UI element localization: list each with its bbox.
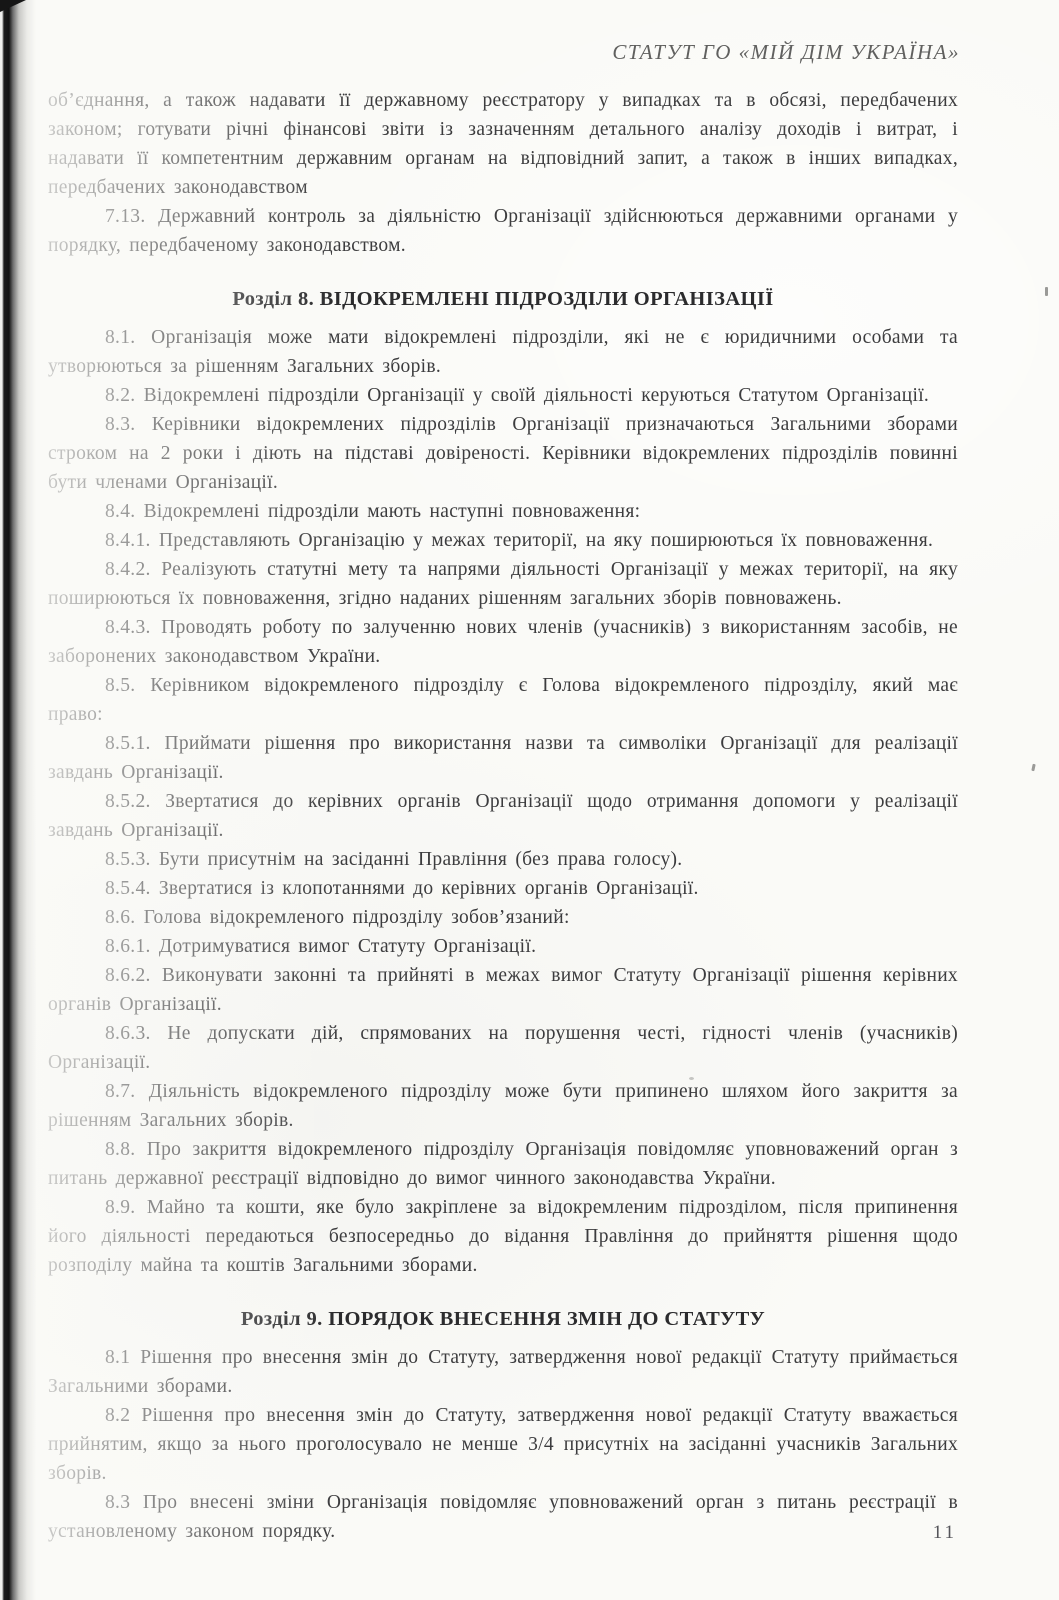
paragraph: 8.3 Про внесені зміни Організація повідо… xyxy=(48,1488,958,1546)
scan-edge-artifact xyxy=(0,0,36,1600)
paragraph: об’єднання, а також надавати її державно… xyxy=(48,86,958,202)
page-number: 11 xyxy=(933,1522,957,1544)
paragraph: 8.8. Про закриття відокремленого підрозд… xyxy=(48,1135,958,1193)
paragraph: 8.2 Рішення про внесення змін до Статуту… xyxy=(48,1401,958,1488)
paragraph: 8.5. Керівником відокремленого підрозділ… xyxy=(48,671,958,729)
document-body: об’єднання, а також надавати її державно… xyxy=(48,86,958,1546)
scan-speck xyxy=(689,1077,694,1080)
scan-corner-artifact xyxy=(0,0,26,12)
scan-speck xyxy=(1031,764,1035,771)
paragraph: 8.5.4. Звертатися із клопотаннями до кер… xyxy=(48,874,958,903)
paragraph: 8.9. Майно та кошти, яке було закріплене… xyxy=(48,1193,958,1280)
paragraph: 8.6. Голова відокремленого підрозділу зо… xyxy=(48,903,958,932)
paragraph: 8.1 Рішення про внесення змін до Статуту… xyxy=(48,1343,958,1401)
paragraph: 8.1. Організація може мати відокремлені … xyxy=(48,323,958,381)
section-heading: Розділ 8. ВІДОКРЕМЛЕНІ ПІДРОЗДІЛИ ОРГАНІ… xyxy=(48,286,958,312)
running-header: СТАТУТ ГО «МІЙ ДІМ УКРАЇНА» xyxy=(612,40,960,65)
paragraph: 8.5.1. Приймати рішення про використання… xyxy=(48,729,958,787)
paragraph: 8.3. Керівники відокремлених підрозділів… xyxy=(48,410,958,497)
paragraph: 8.5.2. Звертатися до керівних органів Ор… xyxy=(48,787,958,845)
section-heading: Розділ 9. ПОРЯДОК ВНЕСЕННЯ ЗМІН ДО СТАТУ… xyxy=(48,1306,958,1332)
paragraph: 8.7. Діяльність відокремленого підрозділ… xyxy=(48,1077,958,1135)
paragraph: 8.6.2. Виконувати законні та прийняті в … xyxy=(48,961,958,1019)
document-title: СТАТУТ ГО «МІЙ ДІМ УКРАЇНА» xyxy=(612,40,960,64)
paragraph: 8.4.1. Представляють Організацію у межах… xyxy=(48,526,958,555)
scanned-document-page: СТАТУТ ГО «МІЙ ДІМ УКРАЇНА» об’єднання, … xyxy=(0,0,1059,1600)
paragraph: 8.2. Відокремлені підрозділи Організації… xyxy=(48,381,958,410)
paragraph: 8.4.3. Проводять роботу по залученню нов… xyxy=(48,613,958,671)
paragraph: 8.4. Відокремлені підрозділи мають насту… xyxy=(48,497,958,526)
paragraph: 8.6.3. Не допускати дій, спрямованих на … xyxy=(48,1019,958,1077)
paragraph: 8.4.2. Реалізують статутні мету та напря… xyxy=(48,555,958,613)
paragraph: 7.13. Державний контроль за діяльністю О… xyxy=(48,202,958,260)
paragraph: 8.5.3. Бути присутнім на засіданні Правл… xyxy=(48,845,958,874)
paragraph: 8.6.1. Дотримуватися вимог Статуту Орган… xyxy=(48,932,958,961)
scan-speck xyxy=(1045,287,1048,296)
